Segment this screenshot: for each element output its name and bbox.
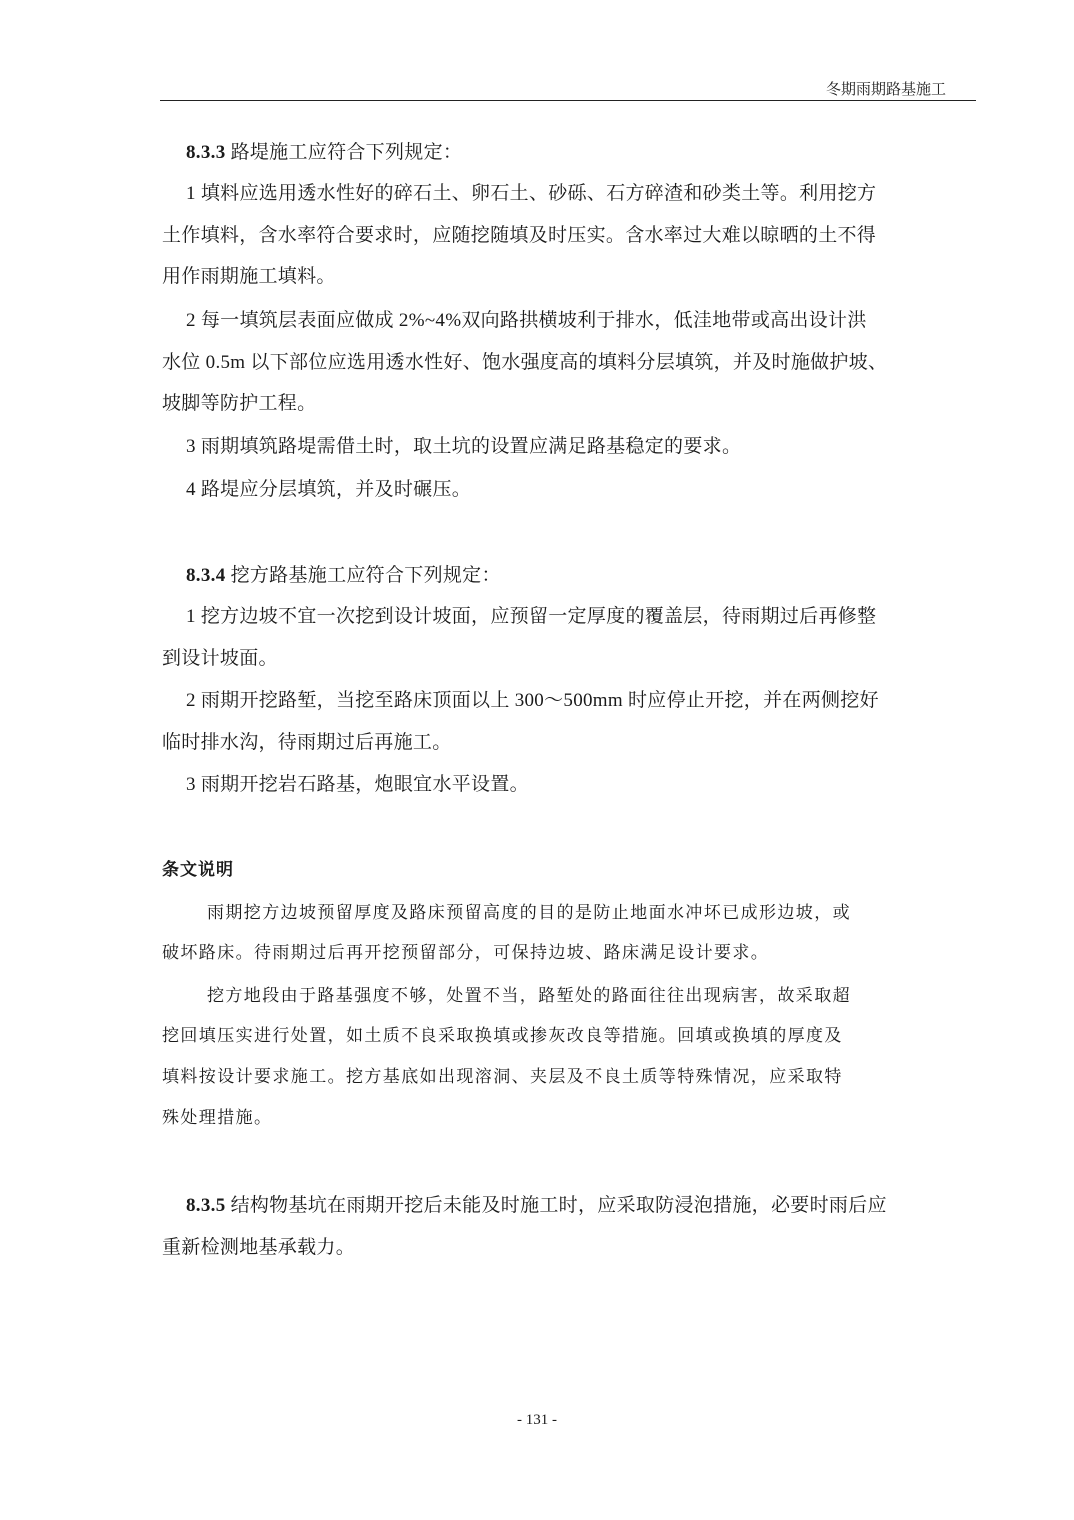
- explanation-line: 填料按设计要求施工。挖方基底如出现溶洞、夹层及不良土质等特殊情况，应采取特: [162, 1065, 977, 1089]
- clause-line: 3 雨期填筑路堤需借土时，取土坑的设置应满足路基稳定的要求。: [186, 435, 1001, 459]
- section-heading-8-3-4: 8.3.4 挖方路基施工应符合下列规定：: [186, 564, 1001, 588]
- running-header-title: 冬期雨期路基施工: [826, 78, 946, 99]
- explanation-line: 殊处理措施。: [162, 1106, 977, 1130]
- explanation-title: 条文说明: [162, 858, 977, 882]
- clause-line: 1 填料应选用透水性好的碎石土、卵石土、砂砾、石方碎渣和砂类土等。利用挖方: [186, 182, 1001, 206]
- section-title: 路堤施工应符合下列规定：: [231, 142, 463, 163]
- header-divider: [160, 100, 976, 101]
- section-number: 8.3.4: [186, 565, 226, 586]
- clause-line: 1 挖方边坡不宜一次挖到设计坡面，应预留一定厚度的覆盖层，待雨期过后再修整: [186, 605, 1001, 629]
- section-number: 8.3.3: [186, 142, 226, 163]
- section-heading-8-3-3: 8.3.3 路堤施工应符合下列规定：: [186, 141, 1001, 165]
- explanation-line: 破坏路床。待雨期过后再开挖预留部分，可保持边坡、路床满足设计要求。: [162, 941, 977, 965]
- explanation-line: 雨期挖方边坡预留厚度及路床预留高度的目的是防止地面水冲坏已成形边坡，或: [207, 901, 1022, 925]
- page-number: - 131 -: [0, 1412, 1074, 1429]
- clause-line: 土作填料，含水率符合要求时，应随挖随填及时压实。含水率过大难以晾晒的土不得: [162, 224, 977, 248]
- clause-line: 2 每一填筑层表面应做成 2%~4%双向路拱横坡利于排水，低洼地带或高出设计洪: [186, 309, 1001, 333]
- section-title: 结构物基坑在雨期开挖后未能及时施工时，应采取防浸泡措施，必要时雨后应: [231, 1195, 887, 1216]
- clause-line: 重新检测地基承载力。: [162, 1236, 977, 1260]
- clause-line: 到设计坡面。: [162, 647, 977, 671]
- section-title: 挖方路基施工应符合下列规定：: [231, 565, 501, 586]
- clause-line: 用作雨期施工填料。: [162, 265, 977, 289]
- section-number: 8.3.5: [186, 1195, 226, 1216]
- section-heading-8-3-5: 8.3.5 结构物基坑在雨期开挖后未能及时施工时，应采取防浸泡措施，必要时雨后应: [186, 1194, 1001, 1218]
- clause-line: 水位 0.5m 以下部位应选用透水性好、饱水强度高的填料分层填筑，并及时施做护坡…: [162, 351, 977, 375]
- explanation-line: 挖方地段由于路基强度不够，处置不当，路堑处的路面往往出现病害，故采取超: [207, 984, 1022, 1008]
- clause-line: 临时排水沟，待雨期过后再施工。: [162, 731, 977, 755]
- clause-line: 2 雨期开挖路堑，当挖至路床顶面以上 300～500mm 时应停止开挖，并在两侧…: [186, 689, 1001, 713]
- explanation-line: 挖回填压实进行处置，如土质不良采取换填或掺灰改良等措施。回填或换填的厚度及: [162, 1024, 977, 1048]
- clause-line: 4 路堤应分层填筑，并及时碾压。: [186, 478, 1001, 502]
- clause-line: 坡脚等防护工程。: [162, 392, 977, 416]
- clause-line: 3 雨期开挖岩石路基，炮眼宜水平设置。: [186, 773, 1001, 797]
